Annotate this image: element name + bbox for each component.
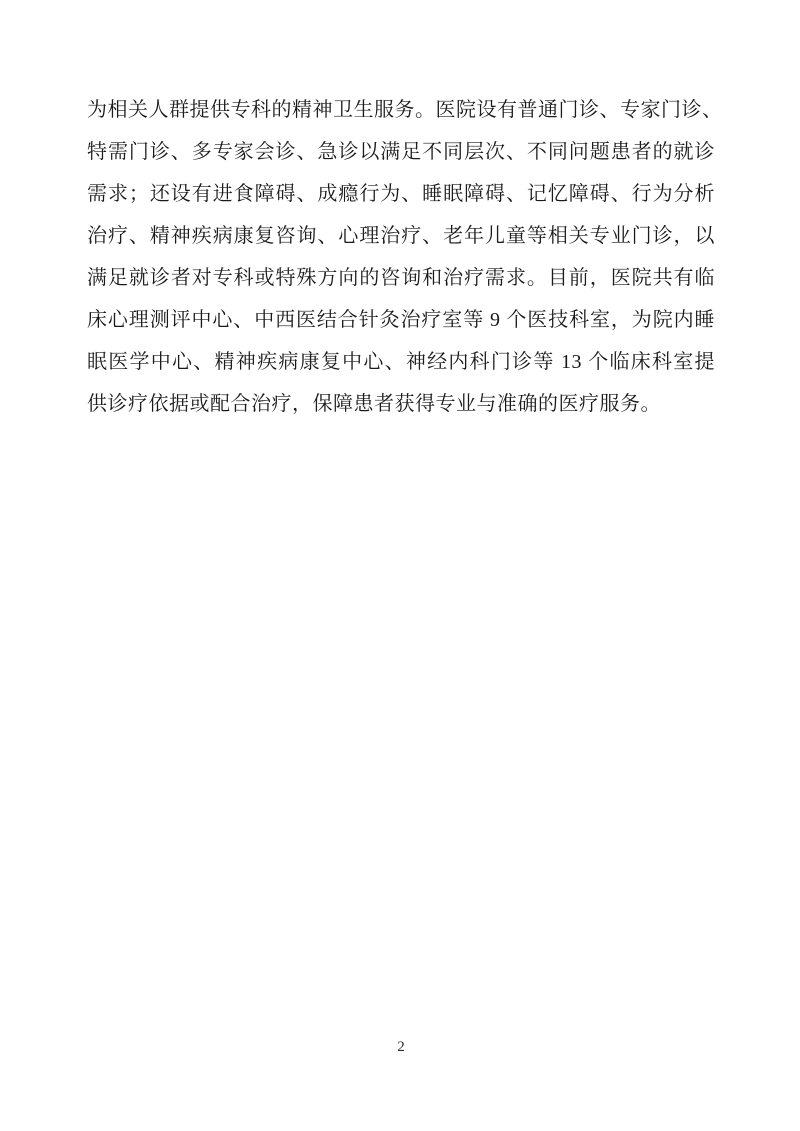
- body-paragraph: 为相关人群提供专科的精神卫生服务。医院设有普通门诊、专家门诊、 特需门诊、多专家…: [87, 89, 715, 425]
- paragraph-line: 满足就诊者对专科或特殊方向的咨询和治疗需求。目前，医院共有临: [87, 257, 715, 299]
- page-number: 2: [87, 1036, 715, 1058]
- paragraph-line: 治疗、精神疾病康复咨询、心理治疗、老年儿童等相关专业门诊，以: [87, 215, 715, 257]
- paragraph-line: 特需门诊、多专家会诊、急诊以满足不同层次、不同问题患者的就诊: [87, 131, 715, 173]
- paragraph-line: 眠医学中心、精神疾病康复中心、神经内科门诊等 13 个临床科室提: [87, 341, 715, 383]
- paragraph-line: 床心理测评中心、中西医结合针灸治疗室等 9 个医技科室，为院内睡: [87, 299, 715, 341]
- paragraph-line: 为相关人群提供专科的精神卫生服务。医院设有普通门诊、专家门诊、: [87, 89, 715, 131]
- paragraph-line: 需求；还设有进食障碍、成瘾行为、睡眠障碍、记忆障碍、行为分析: [87, 173, 715, 215]
- paragraph-line: 供诊疗依据或配合治疗，保障患者获得专业与准确的医疗服务。: [87, 383, 715, 425]
- document-page: 为相关人群提供专科的精神卫生服务。医院设有普通门诊、专家门诊、 特需门诊、多专家…: [0, 0, 800, 1131]
